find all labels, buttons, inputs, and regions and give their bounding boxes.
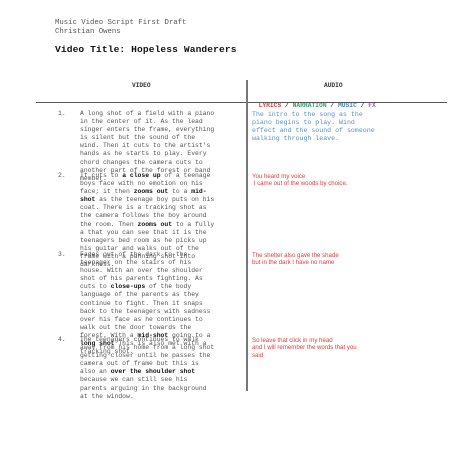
column-header-audio: AUDIO — [324, 82, 343, 89]
shot-term: zooms out — [134, 188, 169, 195]
legend-lyrics: LYRICS — [259, 102, 282, 109]
document-header: Music Video Script First Draft Christian… — [55, 19, 186, 36]
shot-term: close-ups — [111, 283, 146, 290]
video-description: The teenagers continues to walk away fro… — [80, 336, 244, 401]
legend-separator: / — [281, 102, 292, 109]
audio-description: The shelter also gave the shade but in t… — [252, 252, 447, 267]
description-text: to a — [168, 188, 191, 195]
shot-term: zooms out — [138, 221, 173, 228]
row-number: 4. — [58, 336, 66, 343]
header-line-script: Music Video Script First Draft — [55, 19, 186, 28]
shot-term: a close up — [122, 172, 160, 179]
column-header-video: VIDEO — [132, 82, 151, 89]
legend-music: MUSIC — [338, 102, 357, 109]
shot-term: over the shoulder shot — [111, 368, 195, 375]
row-number: 2. — [58, 172, 66, 179]
legend-separator: / — [357, 102, 368, 109]
header-line-author: Christian Owens — [55, 28, 186, 37]
legend-fx: FX — [368, 102, 376, 109]
header-rule — [36, 102, 447, 103]
video-title: Video Title: Hopeless Wanderers — [55, 44, 237, 55]
audio-description: The intro to the song as the piano begin… — [252, 111, 447, 143]
audio-description: You heard my voice I came out of the woo… — [252, 173, 447, 188]
description-text: It cuts to — [80, 172, 122, 179]
audio-description: So leave that click in my head and I wil… — [252, 337, 447, 359]
legend-separator: / — [327, 102, 338, 109]
row-number: 1. — [58, 110, 66, 117]
legend-narration: NARRATION — [293, 102, 327, 109]
column-divider — [246, 80, 248, 391]
row-number: 3. — [58, 251, 66, 258]
description-text: of the body language of the parents as t… — [80, 283, 210, 339]
description-text: because we can still see his parents arg… — [80, 376, 207, 399]
